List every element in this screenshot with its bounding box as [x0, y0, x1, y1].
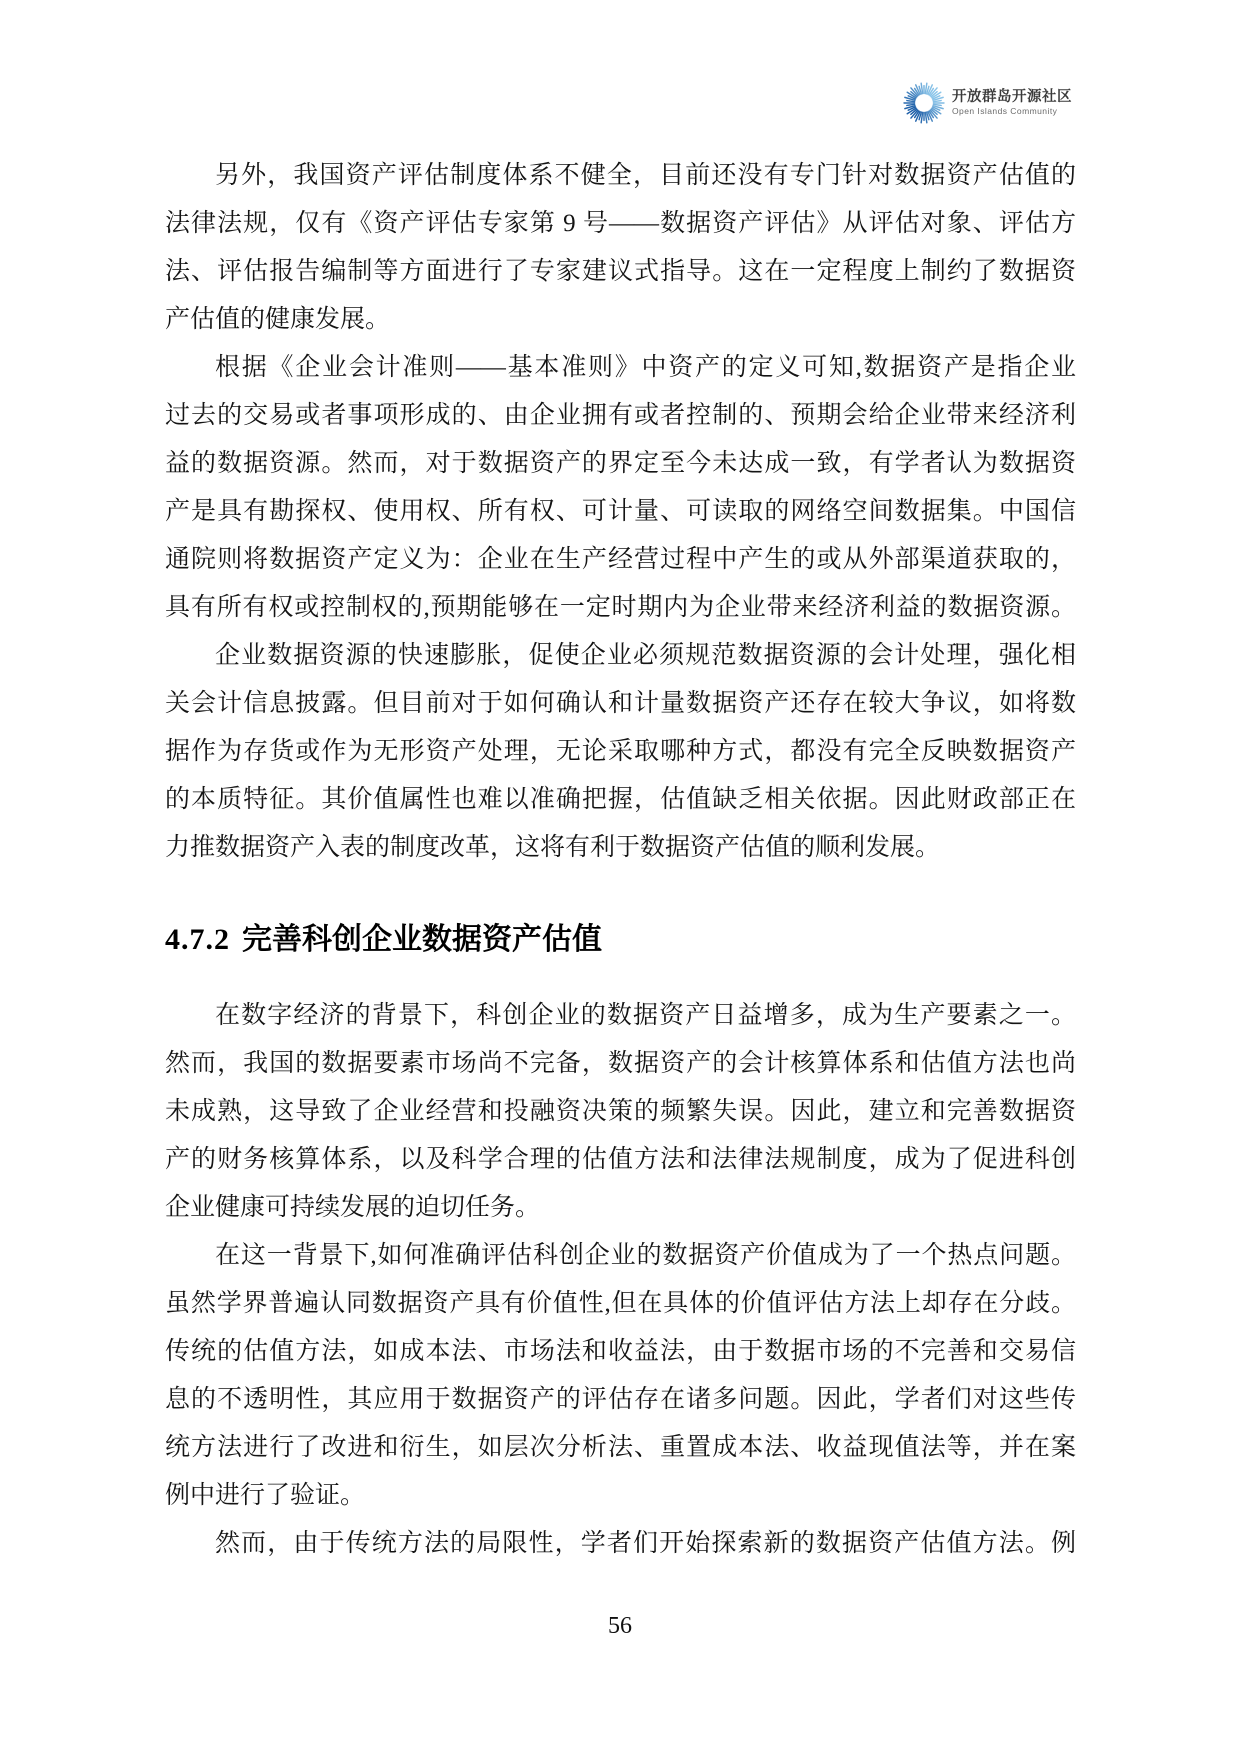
paragraph-line: 在这一背景下,如何准确评估科创企业的数据资产价值成为了一个热点问题。	[165, 1232, 1076, 1280]
paragraph-line: 然而，由于传统方法的局限性，学者们开始探索新的数据资产估值方法。例	[165, 1520, 1076, 1568]
paragraph-line: 统方法进行了改进和衍生，如层次分析法、重置成本法、收益现值法等，并在案	[165, 1424, 1076, 1472]
logo-text: 开放群岛开源社区 Open Islands Community	[952, 89, 1072, 117]
section-number: 4.7.2	[165, 923, 230, 956]
paragraph-line: 产是具有勘探权、使用权、所有权、可计量、可读取的网络空间数据集。中国信	[165, 488, 1076, 536]
paragraph-line: 力推数据资产入表的制度改革，这将有利于数据资产估值的顺利发展。	[165, 824, 1076, 872]
paragraph-line: 益的数据资源。然而，对于数据资产的界定至今未达成一致，有学者认为数据资	[165, 440, 1076, 488]
paragraph-line: 传统的估值方法，如成本法、市场法和收益法，由于数据市场的不完善和交易信	[165, 1328, 1076, 1376]
paragraph-line: 据作为存货或作为无形资产处理，无论采取哪种方式，都没有完全反映数据资产	[165, 728, 1076, 776]
paragraph-line: 产估值的健康发展。	[165, 296, 1076, 344]
paragraph-line: 根据《企业会计准则——基本准则》中资产的定义可知,数据资产是指企业	[165, 344, 1076, 392]
logo-title-zh: 开放群岛开源社区	[952, 89, 1072, 106]
section-title: 完善科创企业数据资产估值	[242, 923, 602, 956]
paragraph-line: 过去的交易或者事项形成的、由企业拥有或者控制的、预期会给企业带来经济利	[165, 392, 1076, 440]
paragraph-line: 虽然学界普遍认同数据资产具有价值性,但在具体的价值评估方法上却存在分歧。	[165, 1280, 1076, 1328]
paragraph-line: 企业健康可持续发展的迫切任务。	[165, 1184, 1076, 1232]
paragraph-line: 的本质特征。其价值属性也难以准确把握，估值缺乏相关依据。因此财政部正在	[165, 776, 1076, 824]
paragraph-line: 产的财务核算体系，以及科学合理的估值方法和法律法规制度，成为了促进科创	[165, 1136, 1076, 1184]
paragraph-line: 企业数据资源的快速膨胀，促使企业必须规范数据资源的会计处理，强化相	[165, 632, 1076, 680]
paragraph-line: 在数字经济的背景下，科创企业的数据资产日益增多，成为生产要素之一。	[165, 992, 1076, 1040]
paragraph-line: 例中进行了验证。	[165, 1472, 1076, 1520]
paragraph-line: 另外，我国资产评估制度体系不健全，目前还没有专门针对数据资产估值的	[165, 152, 1076, 200]
logo-subtitle-en: Open Islands Community	[952, 106, 1072, 117]
document-page: 开放群岛开源社区 Open Islands Community 另外，我国资产评…	[0, 0, 1240, 1753]
paragraph-line: 具有所有权或控制权的,预期能够在一定时期内为企业带来经济利益的数据资源。	[165, 584, 1076, 632]
paragraph-line: 法律法规，仅有《资产评估专家第 9 号——数据资产评估》从评估对象、评估方	[165, 200, 1076, 248]
paragraph-line: 未成熟，这导致了企业经营和投融资决策的频繁失误。因此，建立和完善数据资	[165, 1088, 1076, 1136]
page-number: 56	[0, 1612, 1240, 1640]
paragraph-line: 法、评估报告编制等方面进行了专家建议式指导。这在一定程度上制约了数据资	[165, 248, 1076, 296]
logo: 开放群岛开源社区 Open Islands Community	[903, 82, 1072, 124]
paragraph-line: 关会计信息披露。但目前对于如何确认和计量数据资产还存在较大争议，如将数	[165, 680, 1076, 728]
document-body: 另外，我国资产评估制度体系不健全，目前还没有专门针对数据资产估值的 法律法规，仅…	[165, 152, 1076, 1568]
paragraph-line: 通院则将数据资产定义为：企业在生产经营过程中产生的或从外部渠道获取的，	[165, 536, 1076, 584]
logo-sunburst-icon	[903, 82, 945, 124]
paragraph-line: 然而，我国的数据要素市场尚不完备，数据资产的会计核算体系和估值方法也尚	[165, 1040, 1076, 1088]
section-heading: 4.7.2完善科创企业数据资产估值	[165, 916, 1076, 964]
paragraph-line: 息的不透明性，其应用于数据资产的评估存在诸多问题。因此，学者们对这些传	[165, 1376, 1076, 1424]
